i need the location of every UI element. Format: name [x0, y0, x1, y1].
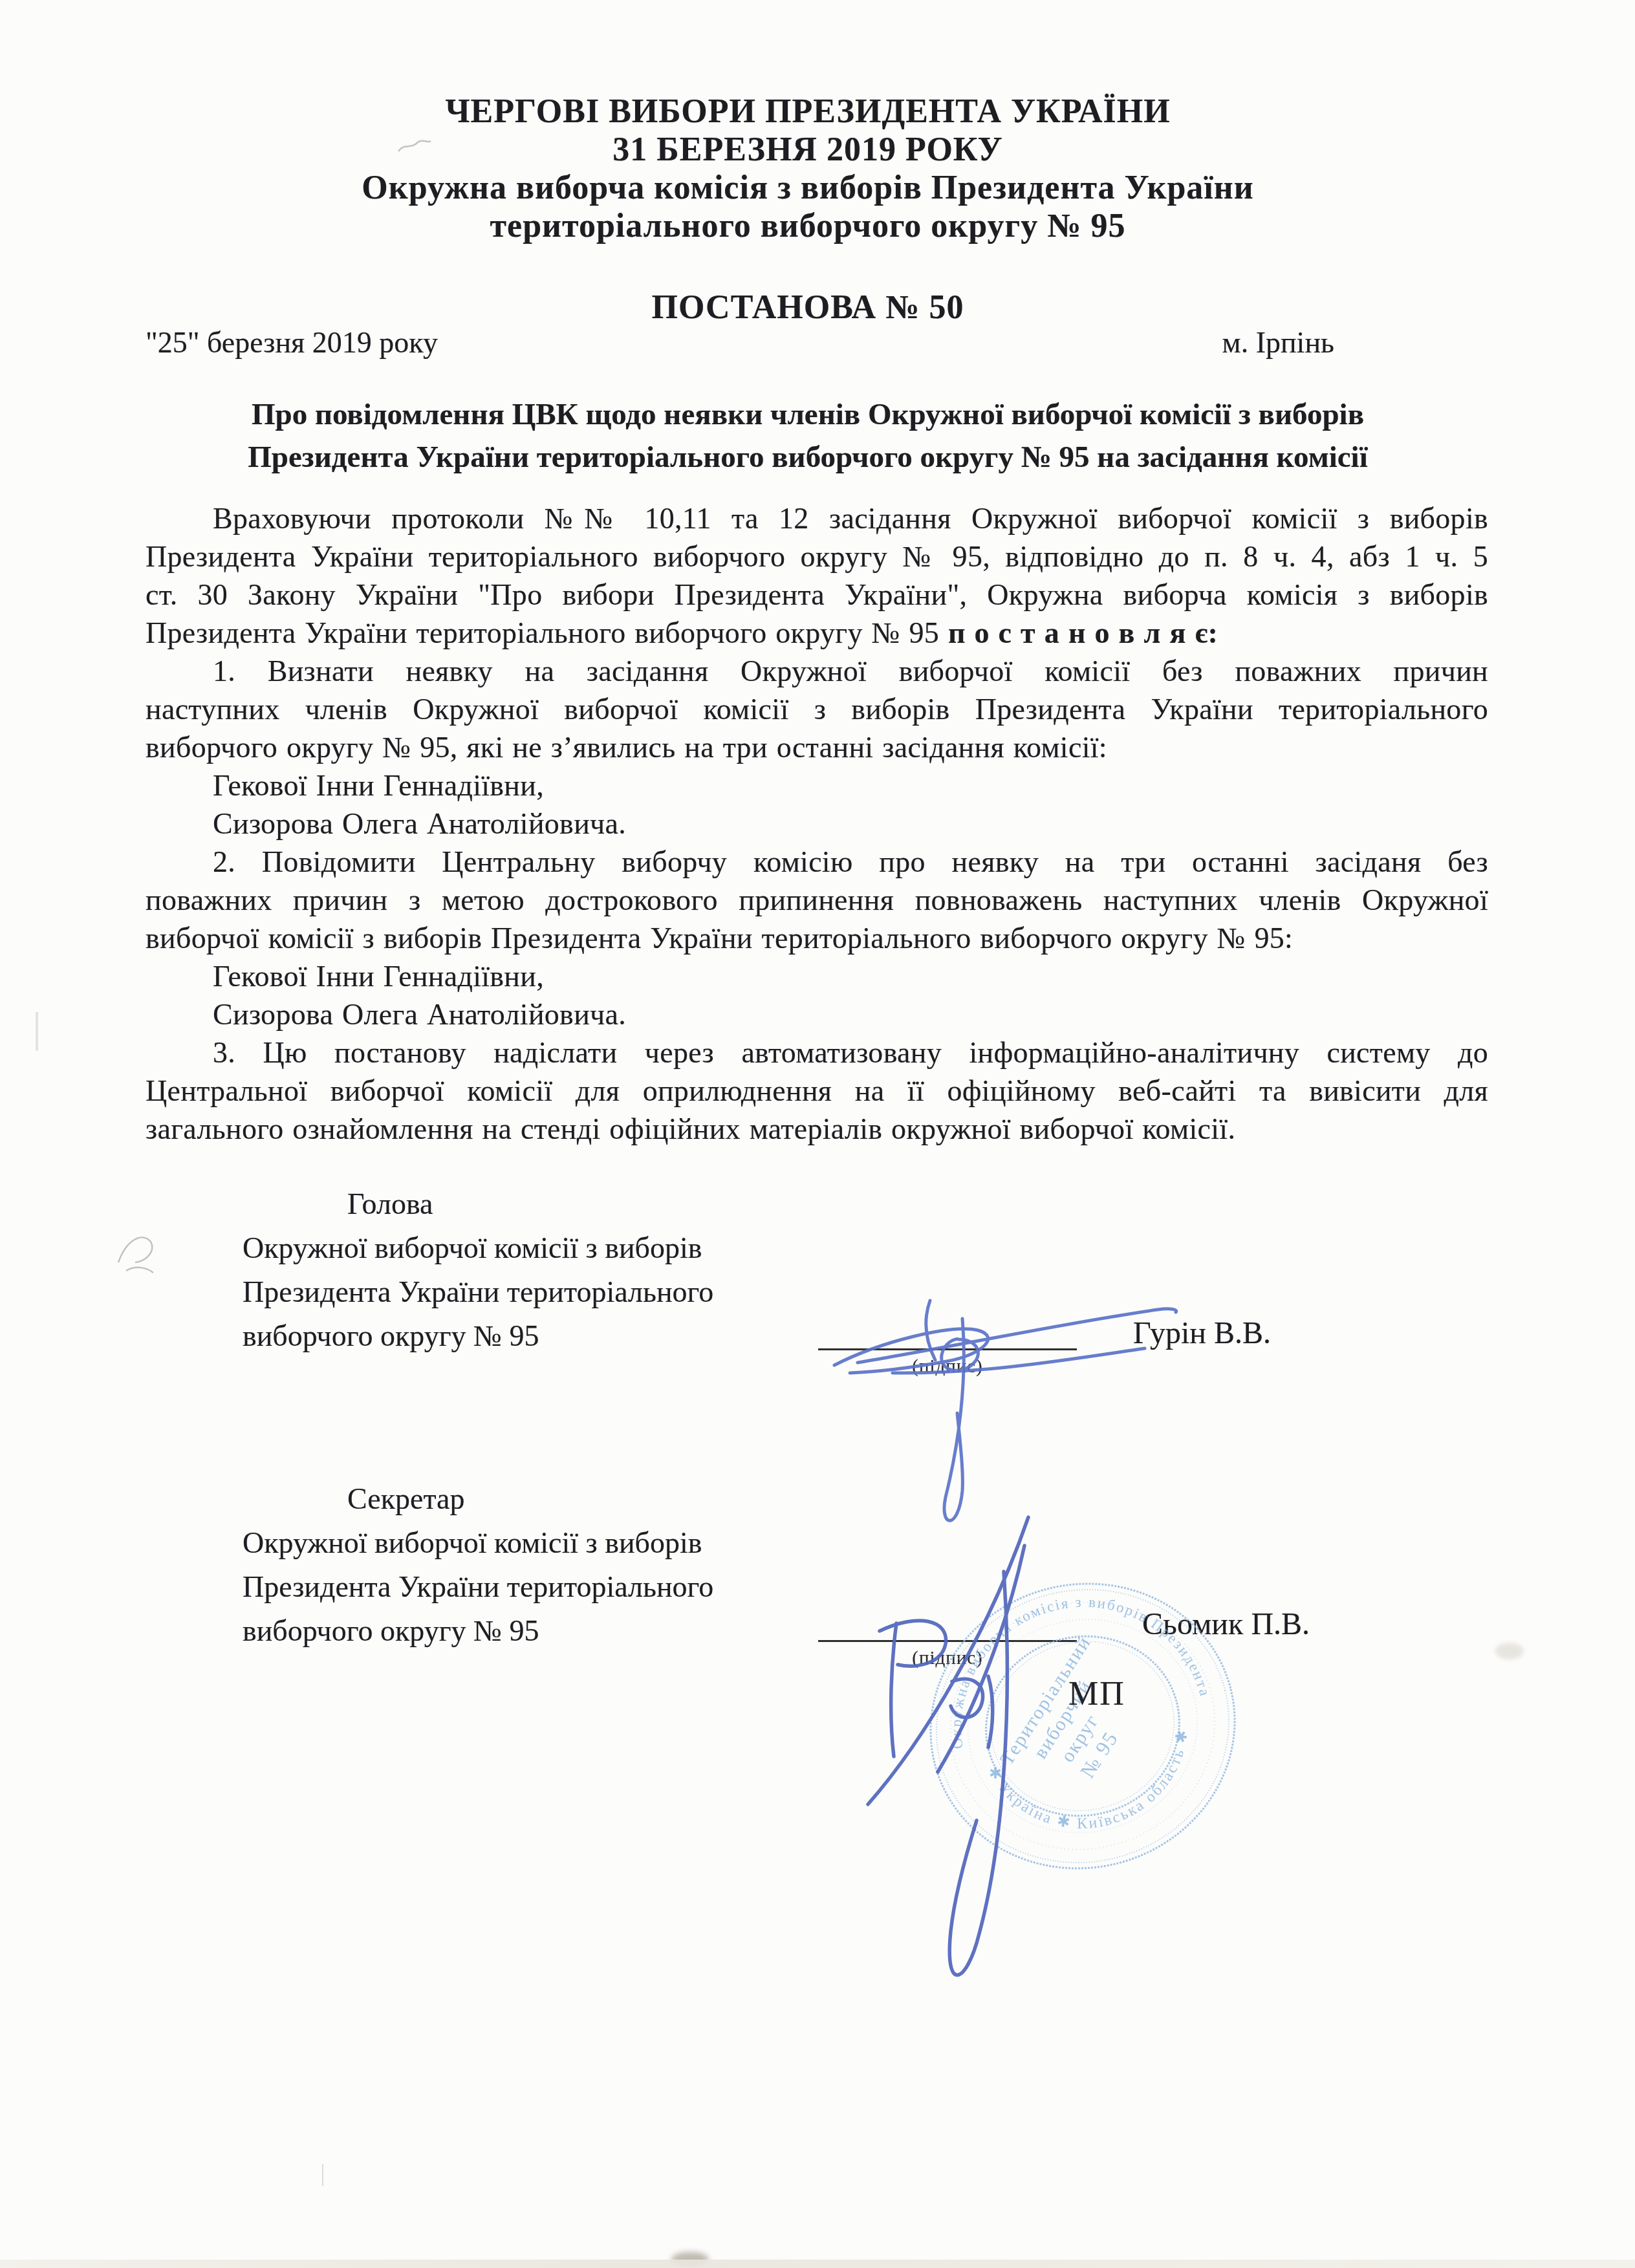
paragraph-line: Центральної виборчої комісії для оприлюд… — [146, 1072, 1488, 1110]
member-name-line: Сизорова Олега Анатолійовича. — [146, 995, 1488, 1033]
signatory-block-head: Голова Окружної виборчої комісії з вибор… — [146, 1182, 857, 1358]
date-place-row: "25" березня 2019 року м. Ірпінь — [146, 325, 1488, 360]
header-line-district: територіального виборчого округу № 95 — [136, 207, 1479, 245]
header-line-date: 31 БЕРЕЗНЯ 2019 РОКУ — [136, 131, 1479, 169]
paragraph-line: Президента України територіального вибор… — [146, 537, 1488, 576]
scan-bottom-edge — [0, 2260, 1635, 2268]
paragraph-line: ст. 30 Закону України "Про вибори Презид… — [146, 576, 1488, 614]
pencil-mark-top — [396, 135, 435, 160]
scanned-document-page: ЧЕРГОВІ ВИБОРИ ПРЕЗИДЕНТА УКРАЇНИ 31 БЕР… — [0, 0, 1635, 2268]
signatory-role: Секретар — [146, 1477, 857, 1521]
paragraph-line: 3. Цю постанову надіслати через автомати… — [146, 1033, 1488, 1072]
paragraph-line: поважних причин з метою дострокового при… — [146, 881, 1488, 919]
paragraph-line: наступних членів Окружної виборчої коміс… — [146, 690, 1488, 728]
scan-smudge — [1495, 1643, 1524, 1659]
body-text: Враховуючи протоколи №№ 10,11 та 12 засі… — [146, 499, 1488, 1148]
resolves-bold-text: п о с т а н о в л я є: — [948, 616, 1218, 649]
signatory-org-line: виборчого округу № 95 — [146, 1609, 857, 1653]
member-name-line: Сизорова Олега Анатолійовича. — [146, 805, 1488, 843]
scan-hair-mark — [322, 2164, 323, 2186]
paragraph-line: 2. Повідомити Центральну виборчу комісію… — [146, 843, 1488, 881]
signatory-org-line: Окружної виборчої комісії з виборів — [146, 1226, 857, 1270]
paragraph-line-resolves: Президента України територіального вибор… — [146, 614, 1488, 652]
signatory-block-secretary: Секретар Окружної виборчої комісії з виб… — [146, 1477, 857, 1653]
subject-title: Про повідомлення ЦВК щодо неявки членів … — [136, 393, 1479, 479]
signatory-org-line: Президента України територіального — [146, 1270, 857, 1314]
subject-line-1: Про повідомлення ЦВК щодо неявки членів … — [136, 393, 1479, 436]
scan-edge-mark — [36, 1012, 38, 1051]
paragraph-line: виборчого округу № 95, які не з’явились … — [146, 728, 1488, 766]
signatory-org-line: Окружної виборчої комісії з виборів — [146, 1521, 857, 1565]
signatory-org-line: Президента України територіального — [146, 1565, 857, 1609]
place-text: м. Ірпінь — [1222, 325, 1334, 360]
decree-title: ПОСТАНОВА № 50 — [136, 288, 1479, 327]
header-line-commission: Окружна виборча комісія з виборів Презид… — [136, 169, 1479, 207]
paragraph-line: 1. Визнати неявку на засідання Окружної … — [146, 652, 1488, 690]
subject-line-2: Президента України територіального вибор… — [136, 436, 1479, 479]
paragraph-line: Враховуючи протоколи №№ 10,11 та 12 засі… — [146, 499, 1488, 537]
signatory-org-line: виборчого округу № 95 — [146, 1314, 857, 1358]
handwritten-signature-secretary — [834, 1468, 1171, 2024]
paragraph-line: виборчої комісії з виборів Президента Ук… — [146, 919, 1488, 957]
document-header: ЧЕРГОВІ ВИБОРИ ПРЕЗИДЕНТА УКРАЇНИ 31 БЕР… — [136, 92, 1479, 245]
pencil-mark-margin — [113, 1222, 171, 1280]
paragraph-line: загального ознайомлення на стенді офіцій… — [146, 1110, 1488, 1148]
header-line-election: ЧЕРГОВІ ВИБОРИ ПРЕЗИДЕНТА УКРАЇНИ — [136, 92, 1479, 131]
date-text: "25" березня 2019 року — [146, 325, 438, 360]
signatory-role: Голова — [146, 1182, 857, 1226]
member-name-line: Гекової Інни Геннадіївни, — [146, 766, 1488, 805]
member-name-line: Гекової Інни Геннадіївни, — [146, 957, 1488, 995]
resolves-plain-text: Президента України територіального вибор… — [146, 616, 948, 649]
